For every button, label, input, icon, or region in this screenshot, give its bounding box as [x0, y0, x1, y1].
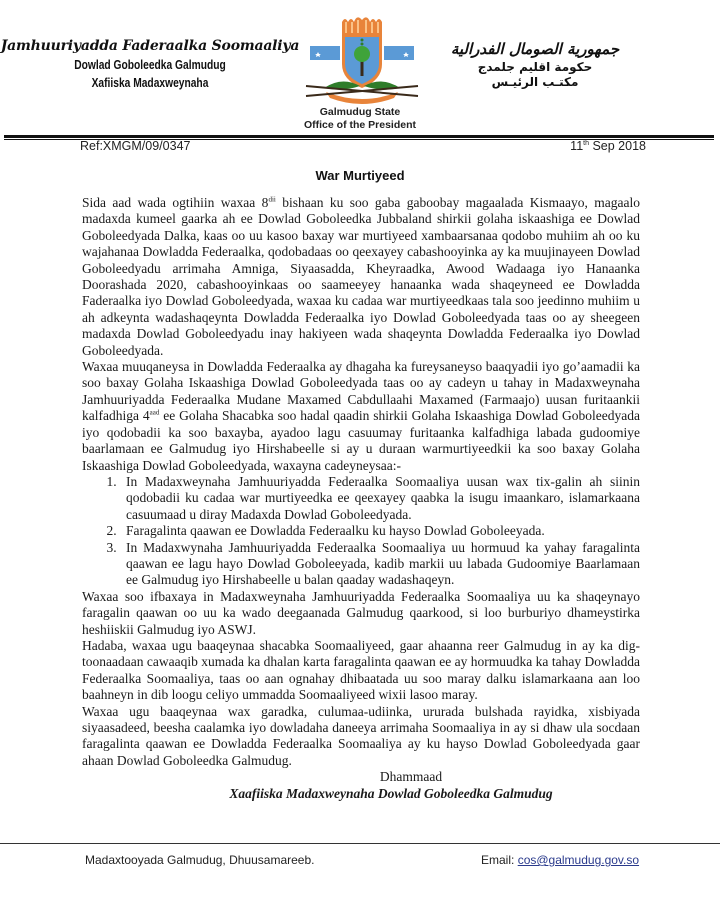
- header-left-somali: Jamhuuriyadda Faderaalka Soomaaliya Dowl…: [0, 38, 300, 90]
- footer-divider: [0, 843, 720, 844]
- reference-number: Ref:XMGM/09/0347: [80, 139, 190, 153]
- paragraph-2-sup: aad: [150, 409, 160, 417]
- points-list: In Madaxweynaha Jamhuuriyadda Federaalka…: [82, 474, 640, 589]
- list-item: In Madaxwynaha Jamhuuriyadda Federaalka …: [120, 540, 640, 589]
- paragraph-1-sup: dii: [268, 196, 275, 204]
- galmudug-coat-of-arms-icon: [302, 6, 422, 106]
- paragraph-4: Hadaba, waxaa ugu baaqeynaa shacabka Soo…: [82, 638, 640, 704]
- paragraph-1: Sida aad wada ogtihiin waxaa 8dii bishaa…: [82, 195, 640, 359]
- email-label: Email:: [481, 853, 518, 867]
- document-date: 11th Sep 2018: [570, 139, 646, 153]
- footer-address: Madaxtooyada Galmudug, Dhuusamareeb.: [85, 853, 314, 867]
- arabic-office-name: مكتـب الرئيـس: [440, 75, 630, 89]
- paragraph-2-text-b: ee Golaha Shacabka soo hadal qaadin shir…: [82, 408, 640, 472]
- logo-caption-office: Office of the President: [280, 119, 440, 132]
- date-day: 11: [570, 139, 583, 153]
- paragraph-1-text-a: Sida aad wada ogtihiin waxaa 8: [82, 195, 268, 210]
- closing-block: Dhammaad Xaafiiska Madaxweynaha Dowlad G…: [82, 769, 640, 802]
- footer-email: Email: cos@galmudug.gov.so: [481, 853, 639, 867]
- state-government-name: Dowlad Goboleedka Galmudug: [27, 58, 273, 72]
- list-item: Faragalinta qaawan ee Dowladda Federaalk…: [120, 523, 640, 539]
- paragraph-1-text-b: bishaan ku soo gaba gaboobay magaalada K…: [82, 195, 640, 358]
- document-body: Sida aad wada ogtihiin waxaa 8dii bishaa…: [82, 195, 640, 802]
- signature: Xaafiiska Madaxweynaha Dowlad Goboleedka…: [82, 786, 640, 802]
- logo-caption: Galmudug State Office of the President: [280, 106, 440, 132]
- arabic-state-government-name: حكومة اقليم جلمدج: [440, 60, 630, 74]
- paragraph-2: Waxaa muuqaneysa in Dowladda Federaalka …: [82, 359, 640, 474]
- closing-word: Dhammaad: [82, 769, 640, 785]
- arabic-federal-republic-title: جمهورية الصومال الفدرالية: [440, 40, 630, 58]
- list-item: In Madaxweynaha Jamhuuriyadda Federaalka…: [120, 474, 640, 523]
- email-link[interactable]: cos@galmudug.gov.so: [518, 853, 639, 867]
- paragraph-3: Waxaa soo ifbaxaya in Madaxweynaha Jamhu…: [82, 589, 640, 638]
- office-name: Xafiiska Madaxweynaha: [27, 76, 273, 90]
- document-title: War Murtiyeed: [0, 168, 720, 183]
- federal-republic-title: Jamhuuriyadda Faderaalka Soomaaliya: [0, 38, 300, 54]
- logo-caption-state: Galmudug State: [280, 106, 440, 119]
- header-right-arabic: جمهورية الصومال الفدرالية حكومة اقليم جل…: [440, 40, 630, 89]
- paragraph-5: Waxaa ugu baaqeynaa wax garadka, culumaa…: [82, 704, 640, 770]
- date-month-year: Sep 2018: [589, 139, 646, 153]
